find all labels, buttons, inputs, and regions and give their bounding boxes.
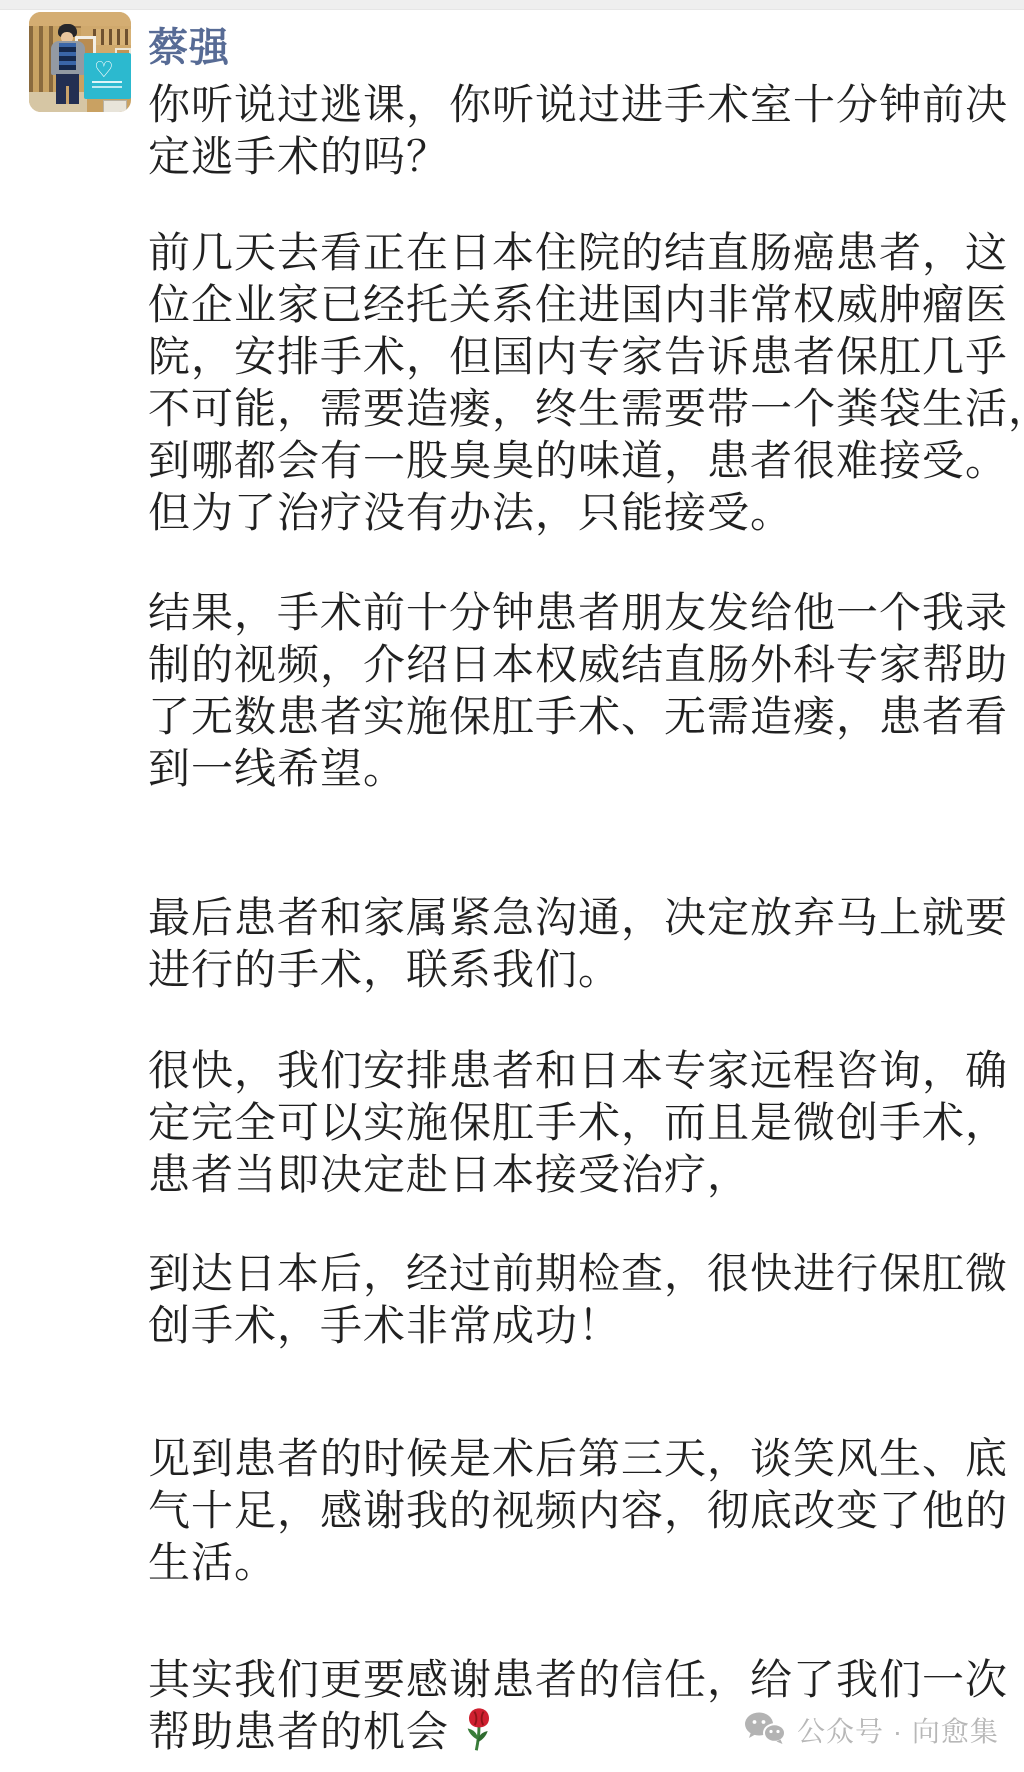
- avatar-small-label: [103, 100, 127, 112]
- text-line: 位企业家已经托关系住进国内非常权威肿瘤医: [148, 279, 1024, 331]
- text-line: 结果，手术前十分钟患者朋友发给他一个我录: [148, 587, 1008, 639]
- text-line: 院，安排手术，但国内专家告诉患者保肛几乎: [148, 331, 1024, 383]
- text-line: 不可能，需要造瘘，终生需要带一个粪袋生活，: [148, 383, 1024, 435]
- watermark: 公众号 · 向愈集: [744, 1712, 999, 1748]
- text-line: 气十足，感谢我的视频内容，彻底改变了他的: [148, 1485, 1008, 1537]
- text-line: 进行的手术，联系我们。: [148, 944, 1008, 996]
- text-line: 到一线希望。: [148, 743, 1008, 795]
- text-line: 生活。: [148, 1537, 1008, 1589]
- heart-doodle-icon: ♡: [94, 59, 120, 81]
- paragraph-2: 前几天去看正在日本住院的结直肠癌患者，这 位企业家已经托关系住进国内非常权威肿瘤…: [148, 227, 1024, 539]
- text-line: 到哪都会有一股臭臭的味道，患者很难接受。: [148, 435, 1024, 487]
- watermark-text: 公众号 · 向愈集: [797, 1710, 999, 1750]
- text-line: 创手术，手术非常成功！: [148, 1300, 1008, 1352]
- paragraph-6: 到达日本后，经过前期检查，很快进行保肛微 创手术，手术非常成功！: [148, 1248, 1008, 1352]
- paragraph-5: 很快，我们安排患者和日本专家远程咨询，确 定完全可以实施保肛手术，而且是微创手术…: [148, 1045, 1008, 1201]
- wechat-icon: [744, 1711, 786, 1750]
- teal-sign: ♡: [84, 53, 131, 99]
- text-line: 最后患者和家属紧急沟通，决定放弃马上就要: [148, 892, 1008, 944]
- paragraph-3: 结果，手术前十分钟患者朋友发给他一个我录 制的视频，介绍日本权威结直肠外科专家帮…: [148, 587, 1008, 795]
- sign-text-lines: [92, 81, 122, 83]
- text-line: 你听说过逃课，你听说过进手术室十分钟前决: [148, 79, 1008, 131]
- text-line: 但为了治疗没有办法，只能接受。: [148, 487, 1024, 539]
- author-name[interactable]: 蔡强: [148, 16, 230, 73]
- text-line: 制的视频，介绍日本权威结直肠外科专家帮助: [148, 639, 1008, 691]
- avatar-shelf: [93, 29, 131, 45]
- avatar[interactable]: ♡: [29, 12, 131, 112]
- text-line: 定逃手术的吗？: [148, 131, 1008, 183]
- rose-emoji: [463, 1706, 495, 1764]
- paragraph-7: 见到患者的时候是术后第三天，谈笑风生、底 气十足，感谢我的视频内容，彻底改变了他…: [148, 1433, 1008, 1589]
- text-line: 定完全可以实施保肛手术，而且是微创手术，: [148, 1097, 1008, 1149]
- text-line: 到达日本后，经过前期检查，很快进行保肛微: [148, 1248, 1008, 1300]
- top-edge-divider: [0, 0, 1024, 10]
- text-line: 其实我们更要感谢患者的信任，给了我们一次: [148, 1654, 1008, 1706]
- avatar-person-legs-gap: [66, 86, 69, 104]
- text-line: 患者当即决定赴日本接受治疗，: [148, 1149, 1008, 1201]
- paragraph-4: 最后患者和家属紧急沟通，决定放弃马上就要 进行的手术，联系我们。: [148, 892, 1008, 996]
- text-line: 前几天去看正在日本住院的结直肠癌患者，这: [148, 227, 1024, 279]
- text-line: 了无数患者实施保肛手术、无需造瘘，患者看: [148, 691, 1008, 743]
- text-line: 见到患者的时候是术后第三天，谈笑风生、底: [148, 1433, 1008, 1485]
- paragraph-1: 你听说过逃课，你听说过进手术室十分钟前决 定逃手术的吗？: [148, 79, 1008, 183]
- text-line: 很快，我们安排患者和日本专家远程咨询，确: [148, 1045, 1008, 1097]
- moments-post-screenshot: ♡ 蔡强 你听说过逃课，你听说过进手术室十分钟前决 定逃手术的吗？ 前几天去看正…: [0, 0, 1024, 1772]
- text-line-text: 帮助患者的机会: [148, 1708, 449, 1755]
- avatar-person-striped-sweater: [59, 43, 76, 70]
